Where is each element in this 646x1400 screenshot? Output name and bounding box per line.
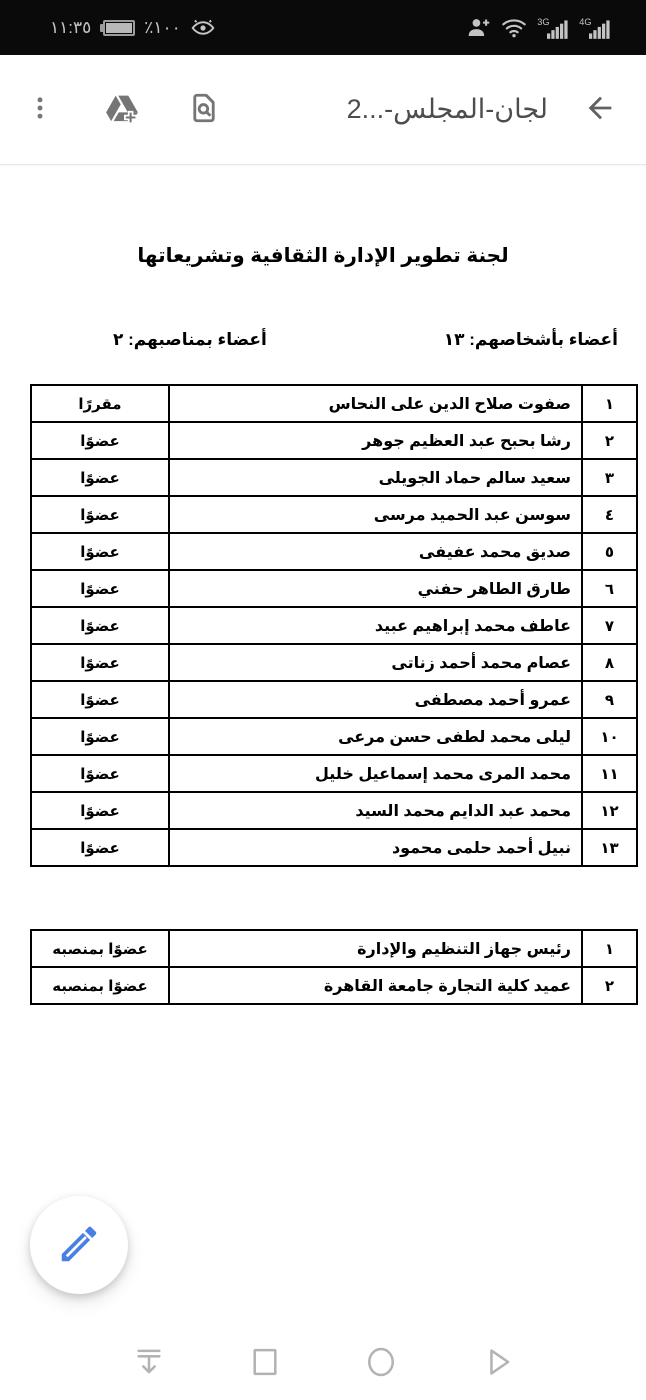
member-name: سوسن عبد الحميد مرسى [169, 496, 582, 533]
back-triangle-icon [478, 1343, 516, 1384]
member-role: عضوًا [31, 496, 169, 533]
document-page: لجنة تطوير الإدارة الثقافية وتشريعاتها أ… [0, 243, 646, 1005]
back-arrow-icon [583, 91, 617, 128]
members-by-position-table: ١ رئيس جهاز التنظيم والإدارة عضوًا بمنصب… [30, 929, 638, 1005]
row-number: ٣ [582, 459, 637, 496]
table-row: ١ صفوت صلاح الدين على النحاس مقررًا [31, 385, 637, 422]
members-by-person-table: ١ صفوت صلاح الدين على النحاس مقررًا ٢ رش… [30, 384, 638, 867]
member-role: عضوًا [31, 792, 169, 829]
home-button[interactable] [361, 1343, 401, 1383]
member-name: ليلى محمد لطفى حسن مرعى [169, 718, 582, 755]
table-row: ٨ عصام محمد أحمد زناتى عضوًا [31, 644, 637, 681]
svg-text:4G: 4G [579, 16, 591, 26]
member-role: عضوًا [31, 755, 169, 792]
row-number: ٥ [582, 533, 637, 570]
table-row: ٧ عاطف محمد إبراهيم عبيد عضوًا [31, 607, 637, 644]
member-name: محمد عبد الدايم محمد السيد [169, 792, 582, 829]
phone-screen: ١١:٣٥ ٪١٠٠ [0, 0, 646, 1400]
table-row: ١٢ محمد عبد الدايم محمد السيد عضوًا [31, 792, 637, 829]
member-role: عضوًا بمنصبه [31, 930, 169, 967]
member-role: عضوًا [31, 829, 169, 866]
row-number: ٢ [582, 422, 637, 459]
find-in-document-icon [187, 91, 221, 128]
person-add-icon [466, 15, 491, 40]
row-number: ٧ [582, 607, 637, 644]
status-bar: ١١:٣٥ ٪١٠٠ [0, 0, 646, 55]
app-bar: لجان-المجلس-...2 [0, 55, 646, 165]
member-name: نبيل أحمد حلمى محمود [169, 829, 582, 866]
member-name: صفوت صلاح الدين على النحاس [169, 385, 582, 422]
android-back-button[interactable] [477, 1343, 517, 1383]
member-name: عمرو أحمد مصطفى [169, 681, 582, 718]
table-row: ٥ صديق محمد عفيفى عضوًا [31, 533, 637, 570]
signal-3g-icon: 3G [537, 15, 570, 41]
member-name: طارق الطاهر حفني [169, 570, 582, 607]
edit-fab-button[interactable] [30, 1196, 128, 1294]
committee-title: لجنة تطوير الإدارة الثقافية وتشريعاتها [0, 243, 646, 268]
hide-navbar-icon [130, 1343, 168, 1384]
table-row: ١ رئيس جهاز التنظيم والإدارة عضوًا بمنصب… [31, 930, 637, 967]
signal-4g-icon: 4G [579, 15, 612, 41]
member-role: عضوًا بمنصبه [31, 967, 169, 1004]
row-number: ٦ [582, 570, 637, 607]
member-role: عضوًا [31, 681, 169, 718]
member-name: عصام محمد أحمد زناتى [169, 644, 582, 681]
table-row: ٢ عميد كلية التجارة جامعة القاهرة عضوًا … [31, 967, 637, 1004]
status-left-group: ١١:٣٥ ٪١٠٠ [50, 15, 216, 41]
battery-icon [100, 20, 135, 36]
row-number: ٤ [582, 496, 637, 533]
navigation-bar [0, 1326, 646, 1400]
table-row: ٢ رشا بحبح عبد العظيم جوهر عضوًا [31, 422, 637, 459]
home-circle-icon [362, 1343, 400, 1384]
row-number: ٩ [582, 681, 637, 718]
table-row: ٤ سوسن عبد الحميد مرسى عضوًا [31, 496, 637, 533]
row-number: ١١ [582, 755, 637, 792]
members-by-position-header: أعضاء بمناصبهم: ٢ [113, 330, 267, 350]
row-number: ١ [582, 385, 637, 422]
member-name: محمد المرى محمد إسماعيل خليل [169, 755, 582, 792]
member-role: عضوًا [31, 718, 169, 755]
find-in-document-button[interactable] [180, 86, 228, 134]
member-role: مقررًا [31, 385, 169, 422]
member-role: عضوًا [31, 644, 169, 681]
row-number: ١٠ [582, 718, 637, 755]
member-role: عضوًا [31, 570, 169, 607]
status-right-group: 3G 4G [466, 15, 612, 41]
member-role: عضوًا [31, 607, 169, 644]
member-role: عضوًا [31, 533, 169, 570]
member-name: عاطف محمد إبراهيم عبيد [169, 607, 582, 644]
section-headers: أعضاء بأشخاصهم: ١٣ أعضاء بمناصبهم: ٢ [0, 330, 646, 356]
table-row: ١٠ ليلى محمد لطفى حسن مرعى عضوًا [31, 718, 637, 755]
member-name: رشا بحبح عبد العظيم جوهر [169, 422, 582, 459]
back-button[interactable] [576, 86, 624, 134]
svg-text:3G: 3G [537, 16, 549, 26]
hide-navbar-button[interactable] [129, 1343, 169, 1383]
eye-protection-icon [190, 15, 216, 41]
row-number: ٢ [582, 967, 637, 1004]
wifi-icon [500, 15, 528, 40]
recents-button[interactable] [245, 1343, 285, 1383]
row-number: ١٣ [582, 829, 637, 866]
table-row: ١١ محمد المرى محمد إسماعيل خليل عضوًا [31, 755, 637, 792]
member-name: عميد كلية التجارة جامعة القاهرة [169, 967, 582, 1004]
add-to-drive-button[interactable] [98, 86, 146, 134]
table-row: ١٣ نبيل أحمد حلمى محمود عضوًا [31, 829, 637, 866]
member-name: سعيد سالم حماد الجويلى [169, 459, 582, 496]
recents-square-icon [246, 1343, 284, 1384]
member-role: عضوًا [31, 459, 169, 496]
table-row: ٣ سعيد سالم حماد الجويلى عضوًا [31, 459, 637, 496]
status-time: ١١:٣٥ [50, 18, 91, 38]
document-title-bar-text: لجان-المجلس-...2 [262, 94, 548, 125]
member-role: عضوًا [31, 422, 169, 459]
member-name: رئيس جهاز التنظيم والإدارة [169, 930, 582, 967]
row-number: ٨ [582, 644, 637, 681]
overflow-menu-button[interactable] [16, 86, 64, 134]
table-row: ٦ طارق الطاهر حفني عضوًا [31, 570, 637, 607]
row-number: ١ [582, 930, 637, 967]
table-row: ٩ عمرو أحمد مصطفى عضوًا [31, 681, 637, 718]
edit-pencil-icon [56, 1221, 102, 1270]
add-to-drive-icon [103, 89, 141, 130]
row-number: ١٢ [582, 792, 637, 829]
overflow-menu-icon [26, 94, 54, 125]
member-name: صديق محمد عفيفى [169, 533, 582, 570]
members-by-person-header: أعضاء بأشخاصهم: ١٣ [444, 330, 618, 350]
battery-percent: ٪١٠٠ [144, 18, 181, 38]
